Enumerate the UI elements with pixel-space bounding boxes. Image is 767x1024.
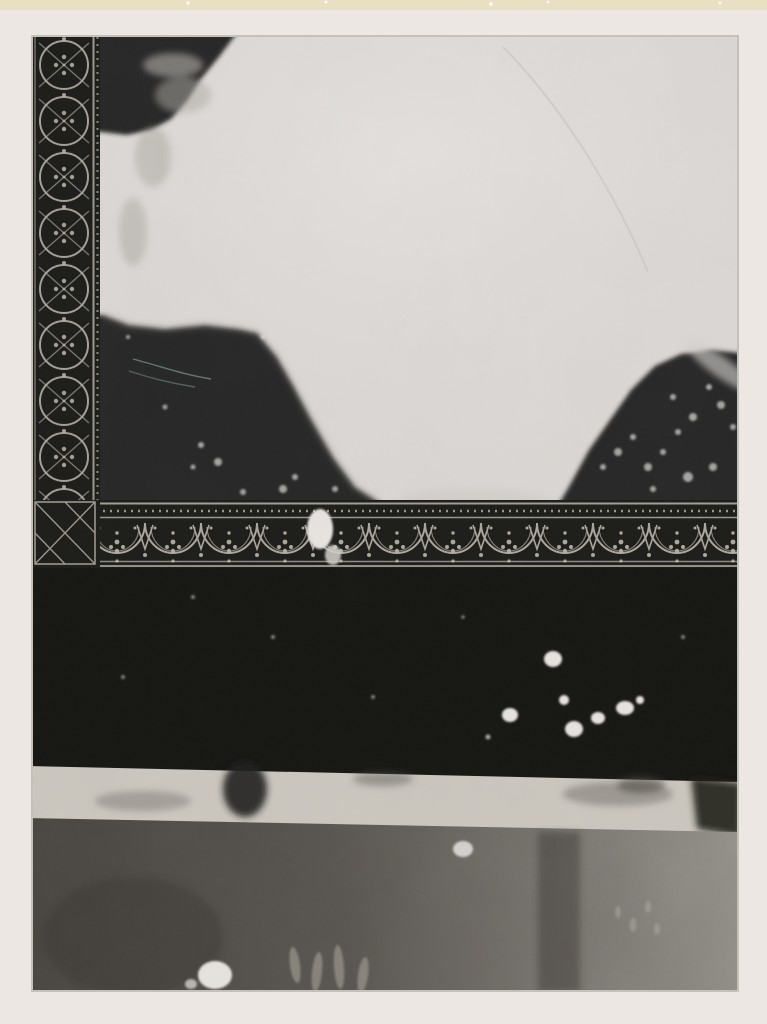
page-svg — [0, 0, 767, 1024]
photo-print — [29, 33, 761, 997]
scanned-photo-page — [0, 0, 767, 1024]
album-edge-strip — [0, 0, 767, 10]
film-grain-overlay — [33, 37, 737, 990]
